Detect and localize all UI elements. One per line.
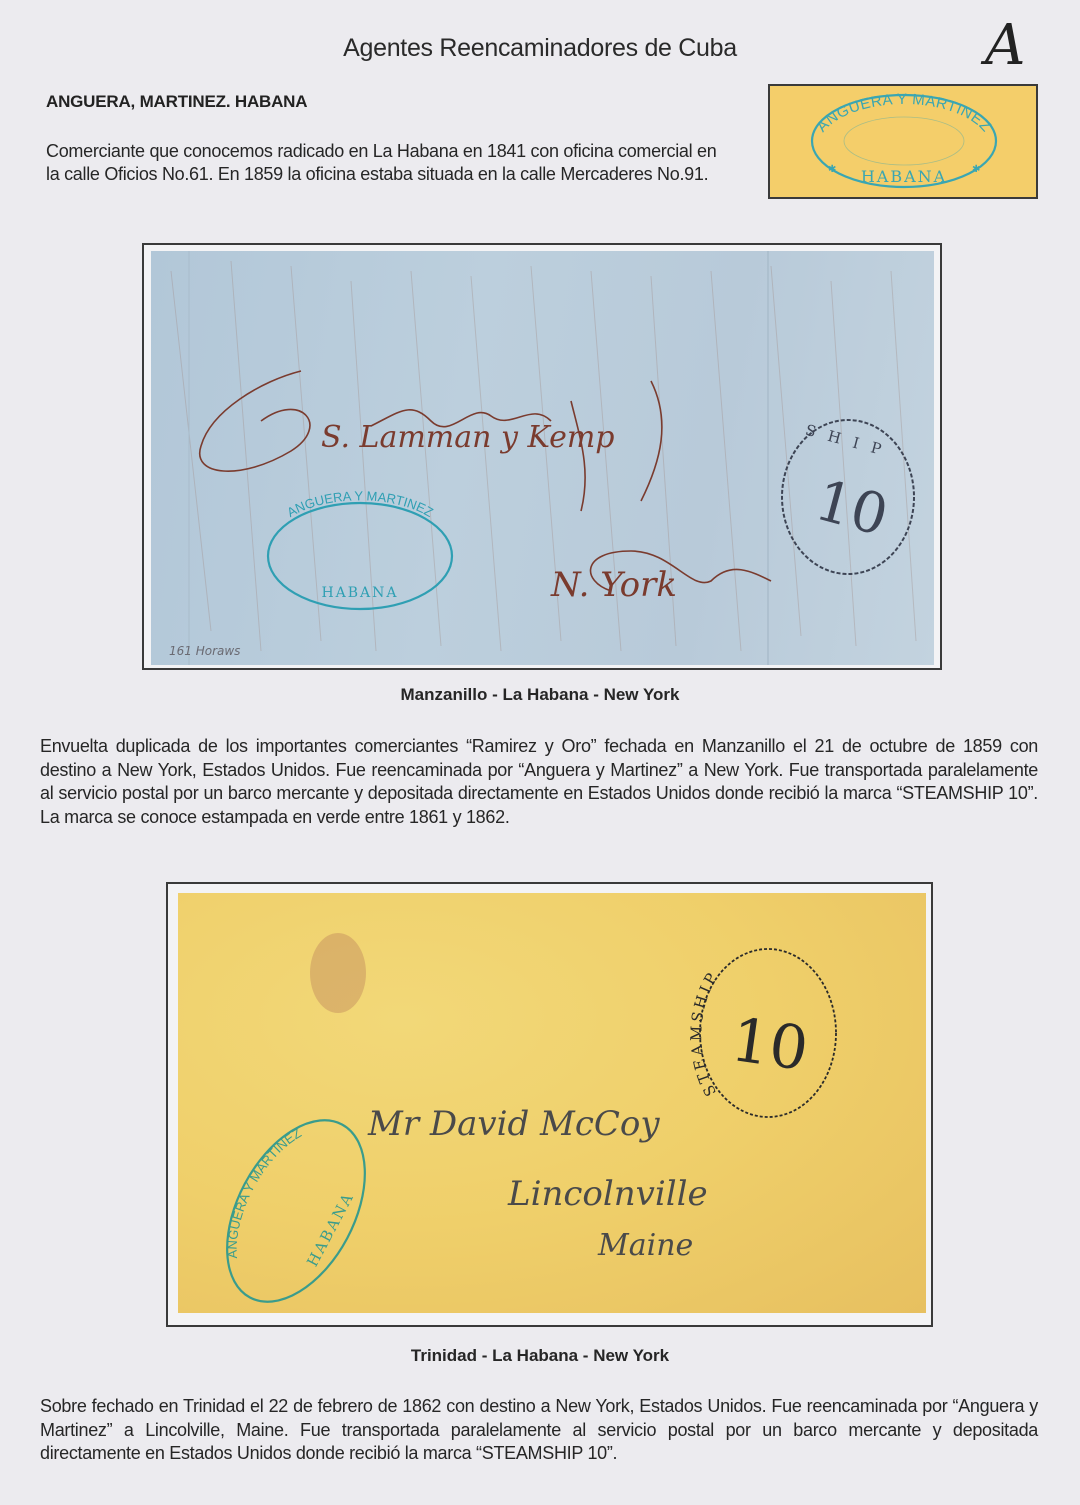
anguera-oval-stamp-icon: ANGUERA Y MARTINEZ HABANA ✱ ✱: [770, 86, 1036, 197]
svg-text:S H I P: S H I P: [804, 421, 888, 460]
page-letter: A: [985, 18, 1025, 74]
forwarder-mark-bottom: HABANA: [303, 1189, 357, 1270]
cover-2-caption: Trinidad - La Habana - New York: [0, 1346, 1080, 1366]
svg-text:ANGUERA Y MARTINEZ: ANGUERA Y MARTINEZ: [813, 91, 994, 136]
cover-2-artwork: 10 STEAMSHIP Mr David McCoy Lincolnville…: [178, 893, 926, 1313]
pencil-note: 161 Horaws: [169, 644, 240, 658]
steamship-text: STEAMSHIP: [687, 968, 722, 1100]
svg-text:ANGUERA Y MARTINEZ: ANGUERA Y MARTINEZ: [207, 1116, 307, 1265]
cover-1-description: Envuelta duplicada de los importantes co…: [40, 735, 1038, 829]
svg-text:✱: ✱: [828, 164, 836, 175]
cover-1-image: S. Lamman y Kemp N. York ANGUERA Y MARTI…: [151, 251, 934, 665]
svg-text:STEAMSHIP: STEAMSHIP: [687, 968, 722, 1100]
section-heading: ANGUERA, MARTINEZ. HABANA: [46, 92, 307, 112]
svg-text:ANGUERA Y MARTINEZ: ANGUERA Y MARTINEZ: [284, 488, 436, 520]
steamship-mark-icon: 10 STEAMSHIP: [687, 949, 836, 1117]
forwarder-mark-top: ANGUERA Y MARTINEZ: [284, 488, 436, 520]
cover-2-image: 10 STEAMSHIP Mr David McCoy Lincolnville…: [178, 893, 926, 1313]
reference-stamp-image: ANGUERA Y MARTINEZ HABANA ✱ ✱: [768, 84, 1038, 199]
address-line-2: N. York: [550, 565, 677, 605]
svg-text:✱: ✱: [972, 164, 980, 175]
address-line-3: Maine: [597, 1228, 693, 1263]
steamship-rate: 10: [809, 468, 895, 549]
address-line-2: Lincolnville: [507, 1174, 708, 1214]
address-line-1: S. Lamman y Kemp: [321, 420, 615, 455]
steamship-rate: 10: [727, 1005, 812, 1085]
cover-1-artwork: S. Lamman y Kemp N. York ANGUERA Y MARTI…: [151, 251, 934, 665]
cover-2-description: Sobre fechado en Trinidad el 22 de febre…: [40, 1395, 1038, 1466]
forwarder-mark-bottom: HABANA: [321, 585, 398, 601]
intro-text: Comerciante que conocemos radicado en La…: [46, 140, 718, 186]
page-title: Agentes Reencaminadores de Cuba: [0, 34, 1080, 63]
forwarder-mark-top: ANGUERA Y MARTINEZ: [207, 1116, 307, 1265]
cover-1-caption: Manzanillo - La Habana - New York: [0, 685, 1080, 705]
svg-text:HABANA: HABANA: [861, 167, 947, 186]
address-line-1: Mr David McCoy: [367, 1104, 660, 1144]
steamship-mark-icon: 10 S H I P: [782, 420, 914, 574]
